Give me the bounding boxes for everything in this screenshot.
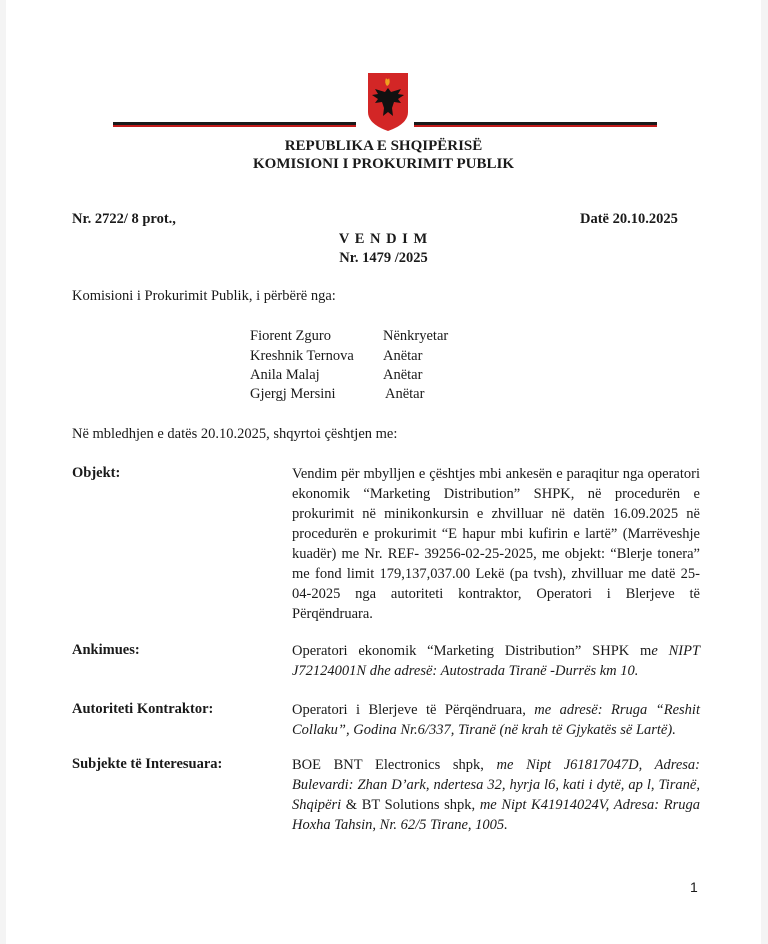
header-rule-right — [414, 122, 657, 127]
decision-number: Nr. 1479 /2025 — [6, 250, 761, 267]
member-name: Anila Malaj — [250, 367, 320, 384]
ankimues-plain: Operatori ekonomik “Marketing Distributi… — [292, 643, 651, 659]
subjekte-plain-1: BOE BNT Electronics shpk, — [292, 757, 497, 773]
autoriteti-text: Operatori i Blerjeve të Përqëndruara, me… — [292, 700, 700, 740]
member-role: Nënkryetar — [383, 328, 448, 345]
member-name: Kreshnik Ternova — [250, 348, 354, 365]
republic-title: REPUBLIKA E SHQIPËRISË — [6, 138, 761, 155]
member-name: Gjergj Mersini — [250, 386, 336, 403]
member-name: Fiorent Zguro — [250, 328, 331, 345]
ankimues-text: Operatori ekonomik “Marketing Distributi… — [292, 641, 700, 681]
subjekte-label: Subjekte të Interesuara: — [72, 756, 222, 773]
member-role: Anëtar — [385, 386, 424, 403]
member-role: Anëtar — [383, 367, 422, 384]
subjekte-plain-2: & BT Solutions shpk, — [341, 797, 480, 813]
page-number: 1 — [690, 879, 698, 895]
albanian-coat-of-arms-icon — [367, 72, 409, 132]
commission-title: KOMISIONI I PROKURIMIT PUBLIK — [6, 156, 761, 173]
protocol-number: Nr. 2722/ 8 prot., — [72, 211, 176, 228]
autoriteti-plain: Operatori i Blerjeve të Përqëndruara, — [292, 702, 534, 718]
ankimues-label: Ankimues: — [72, 642, 140, 659]
intro-text: Komisioni i Prokurimit Publik, i përbërë… — [72, 288, 336, 305]
objekt-text: Vendim për mbylljen e çështjes mbi ankes… — [292, 464, 700, 624]
member-role: Anëtar — [383, 348, 422, 365]
meeting-text: Në mbledhjen e datës 20.10.2025, shqyrto… — [72, 426, 397, 443]
subjekte-text: BOE BNT Electronics shpk, me Nipt J61817… — [292, 755, 700, 835]
document-date: Datë 20.10.2025 — [580, 211, 678, 228]
document-page: REPUBLIKA E SHQIPËRISË KOMISIONI I PROKU… — [6, 0, 761, 944]
objekt-label: Objekt: — [72, 465, 120, 482]
autoriteti-label: Autoriteti Kontraktor: — [72, 701, 213, 718]
decision-title: V E N D I M — [6, 231, 761, 248]
header-rule-left — [113, 122, 356, 127]
